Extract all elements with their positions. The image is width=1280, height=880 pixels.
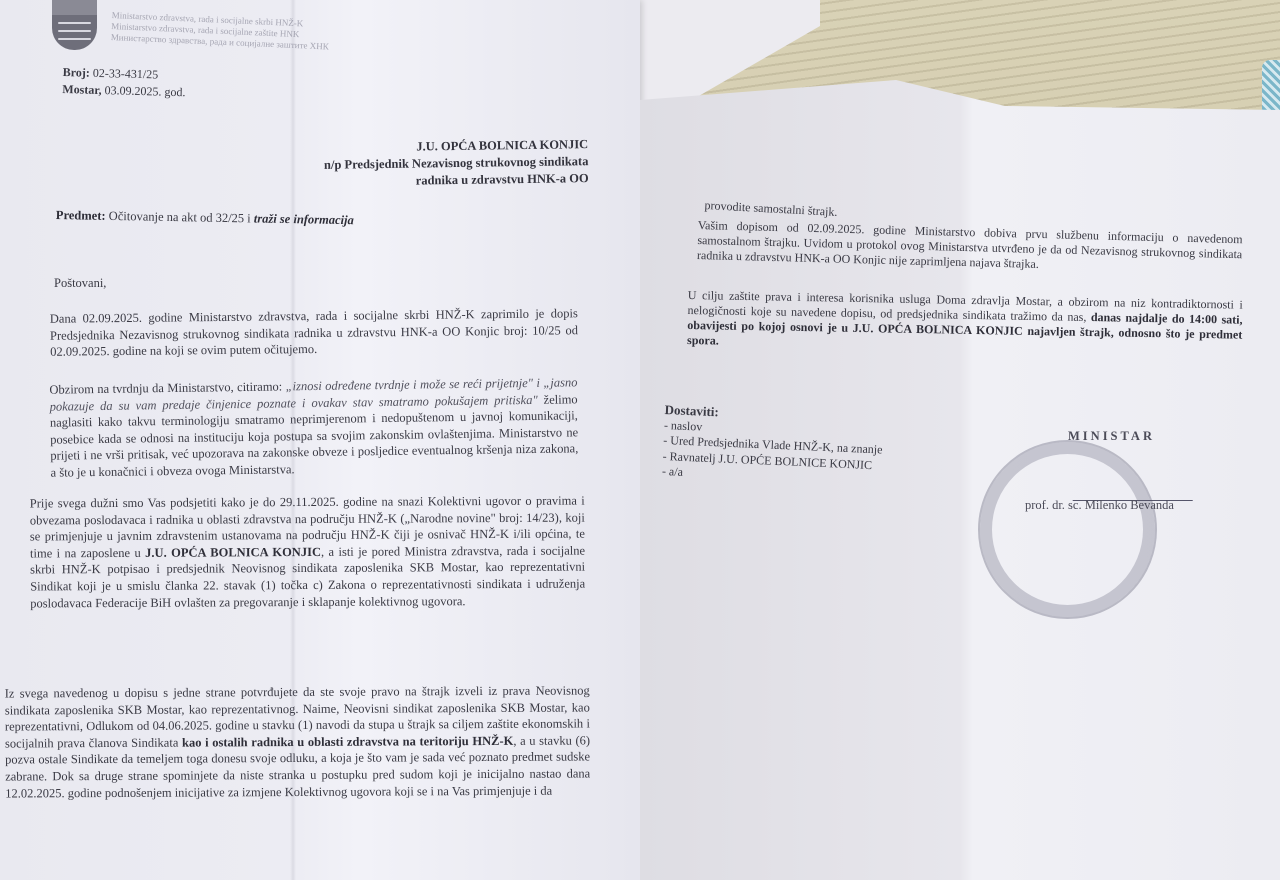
recipient-block: J.U. OPĆA BOLNICA KONJIC n/p Predsjednik… bbox=[323, 136, 588, 191]
reference-number: 02-33-431/25 bbox=[93, 66, 159, 82]
page2-paragraph-2: U cilju zaštite prava i interesa korisni… bbox=[687, 288, 1243, 358]
paragraph-2: Obzirom na tvrdnju da Ministarstvo, citi… bbox=[49, 374, 578, 481]
subject-line: Predmet: Očitovanje na akt od 32/25 i tr… bbox=[56, 208, 354, 228]
continuation-line: provodite samostalni štrajk. bbox=[704, 198, 838, 220]
greeting: Poštovani, bbox=[54, 276, 106, 291]
paragraph-1: Dana 02.09.2025. godine Ministarstvo zdr… bbox=[50, 305, 578, 360]
page2-paragraph-1: Vašim dopisom od 02.09.2025. godine Mini… bbox=[697, 218, 1243, 277]
paragraph-3: Prije svega dužni smo Vas podsjetiti kak… bbox=[30, 493, 586, 612]
paragraph-4: Iz svega navedenog u dopisu s jedne stra… bbox=[5, 682, 591, 801]
document-date: 03.09.2025. god. bbox=[104, 83, 185, 99]
coat-of-arms-icon bbox=[52, 0, 97, 50]
document-reference: Broj: 02-33-431/25 Mostar, 03.09.2025. g… bbox=[62, 64, 186, 101]
delivery-list: Dostaviti: - naslov - Ured Predsjednika … bbox=[662, 402, 885, 489]
letter-page-1: Ministarstvo zdravstva, rada i socijalne… bbox=[0, 0, 640, 880]
ministry-letterhead: Ministarstvo zdravstva, rada i socijalne… bbox=[111, 10, 330, 52]
minister-title: MINISTAR bbox=[1068, 429, 1155, 444]
signature-icon bbox=[1073, 460, 1208, 501]
minister-name: prof. dr. sc. Milenko Bevanda bbox=[1025, 498, 1174, 513]
letter-page-2: provodite samostalni štrajk. Vašim dopis… bbox=[640, 80, 1280, 880]
